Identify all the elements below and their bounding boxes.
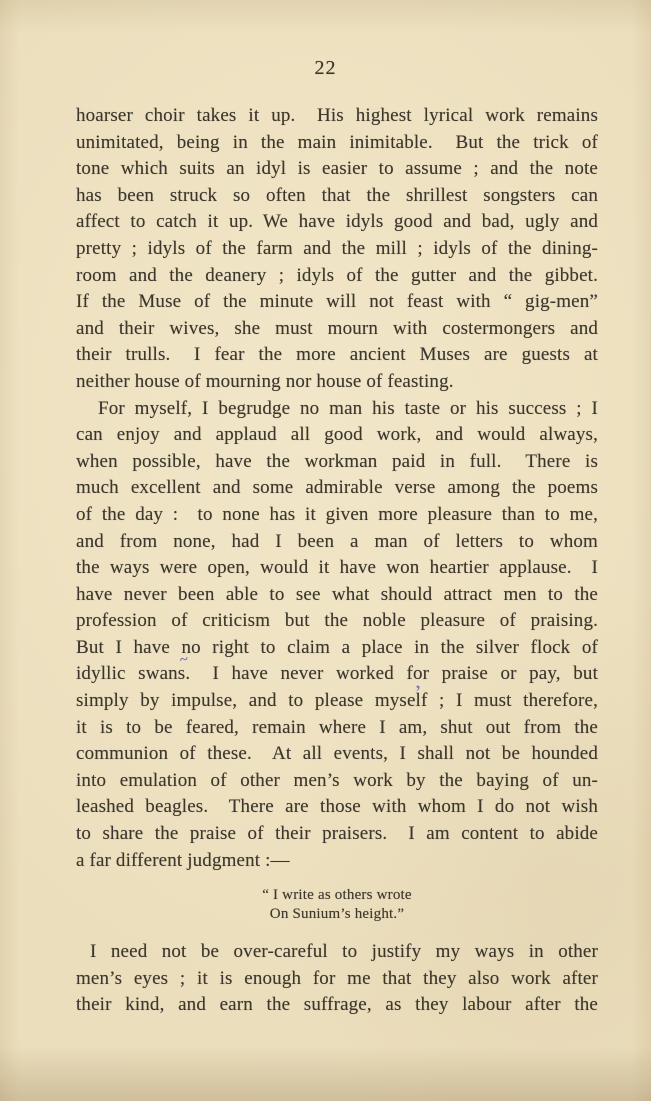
book-page: 22 hoarser choir takes it up. His highes… bbox=[0, 0, 651, 1101]
paragraph-3: I need not be over-careful to justify my… bbox=[76, 939, 598, 1019]
text-line: If the Muse of the minute will not feast… bbox=[76, 289, 598, 316]
text-line: much excellent and some admirable verse … bbox=[76, 475, 598, 502]
text-line: simply by impulse, and to please myself … bbox=[76, 688, 598, 715]
text-line: On Sunium’s height.” bbox=[76, 905, 598, 924]
text-line: when possible, have the workman paid in … bbox=[76, 449, 598, 476]
text-line: men’s eyes ; it is enough for me that th… bbox=[76, 966, 598, 993]
text-line: “ I write as others wrote bbox=[76, 886, 598, 905]
text-line: into emulation of other men’s work by th… bbox=[76, 768, 598, 795]
page-number: 22 bbox=[0, 56, 651, 80]
text-line: leashed beagles. There are those with wh… bbox=[76, 794, 598, 821]
text-line: a far different judgment :— bbox=[76, 848, 598, 875]
text-line: the ways were open, would it have won he… bbox=[76, 555, 598, 582]
text-line: hoarser choir takes it up. His highest l… bbox=[76, 103, 598, 130]
text-line: it is to be feared, remain where I am, s… bbox=[76, 715, 598, 742]
text-line: pretty ; idyls of the farm and the mill … bbox=[76, 236, 598, 263]
text-line: For myself, I begrudge no man his taste … bbox=[76, 396, 598, 423]
page-text: hoarser choir takes it up. His highest l… bbox=[76, 103, 598, 1019]
text-line: has been struck so often that the shrill… bbox=[76, 183, 598, 210]
text-line: neither house of mourning nor house of f… bbox=[76, 369, 598, 396]
text-line: have never been able to see what should … bbox=[76, 582, 598, 609]
text-line: and from none, had I been a man of lette… bbox=[76, 529, 598, 556]
text-line: and their wives, she must mourn with cos… bbox=[76, 316, 598, 343]
text-line: room and the deanery ; idyls of the gutt… bbox=[76, 263, 598, 290]
text-line: idyllic swans. I have never worked for p… bbox=[76, 661, 598, 688]
text-line: can enjoy and applaud all good work, and… bbox=[76, 422, 598, 449]
verse-quote: “ I write as others wroteOn Sunium’s hei… bbox=[76, 886, 598, 924]
paragraph-2: For myself, I begrudge no man his taste … bbox=[76, 396, 598, 875]
text-line: I need not be over-careful to justify my… bbox=[76, 939, 598, 966]
text-line: their kind, and earn the suffrage, as th… bbox=[76, 992, 598, 1019]
text-line: their trulls. I fear the more ancient Mu… bbox=[76, 342, 598, 369]
paragraph-1: hoarser choir takes it up. His highest l… bbox=[76, 103, 598, 396]
text-line: of the day : to none has it given more p… bbox=[76, 502, 598, 529]
text-line: But I have no right to claim a place in … bbox=[76, 635, 598, 662]
text-line: unimitated, being in the main inimitable… bbox=[76, 130, 598, 157]
text-line: profession of criticism but the noble pl… bbox=[76, 608, 598, 635]
text-line: to share the praise of their praisers. I… bbox=[76, 821, 598, 848]
text-line: affect to catch it up. We have idyls goo… bbox=[76, 209, 598, 236]
text-line: tone which suits an idyl is easier to as… bbox=[76, 156, 598, 183]
text-line: communion of these. At all events, I sha… bbox=[76, 741, 598, 768]
